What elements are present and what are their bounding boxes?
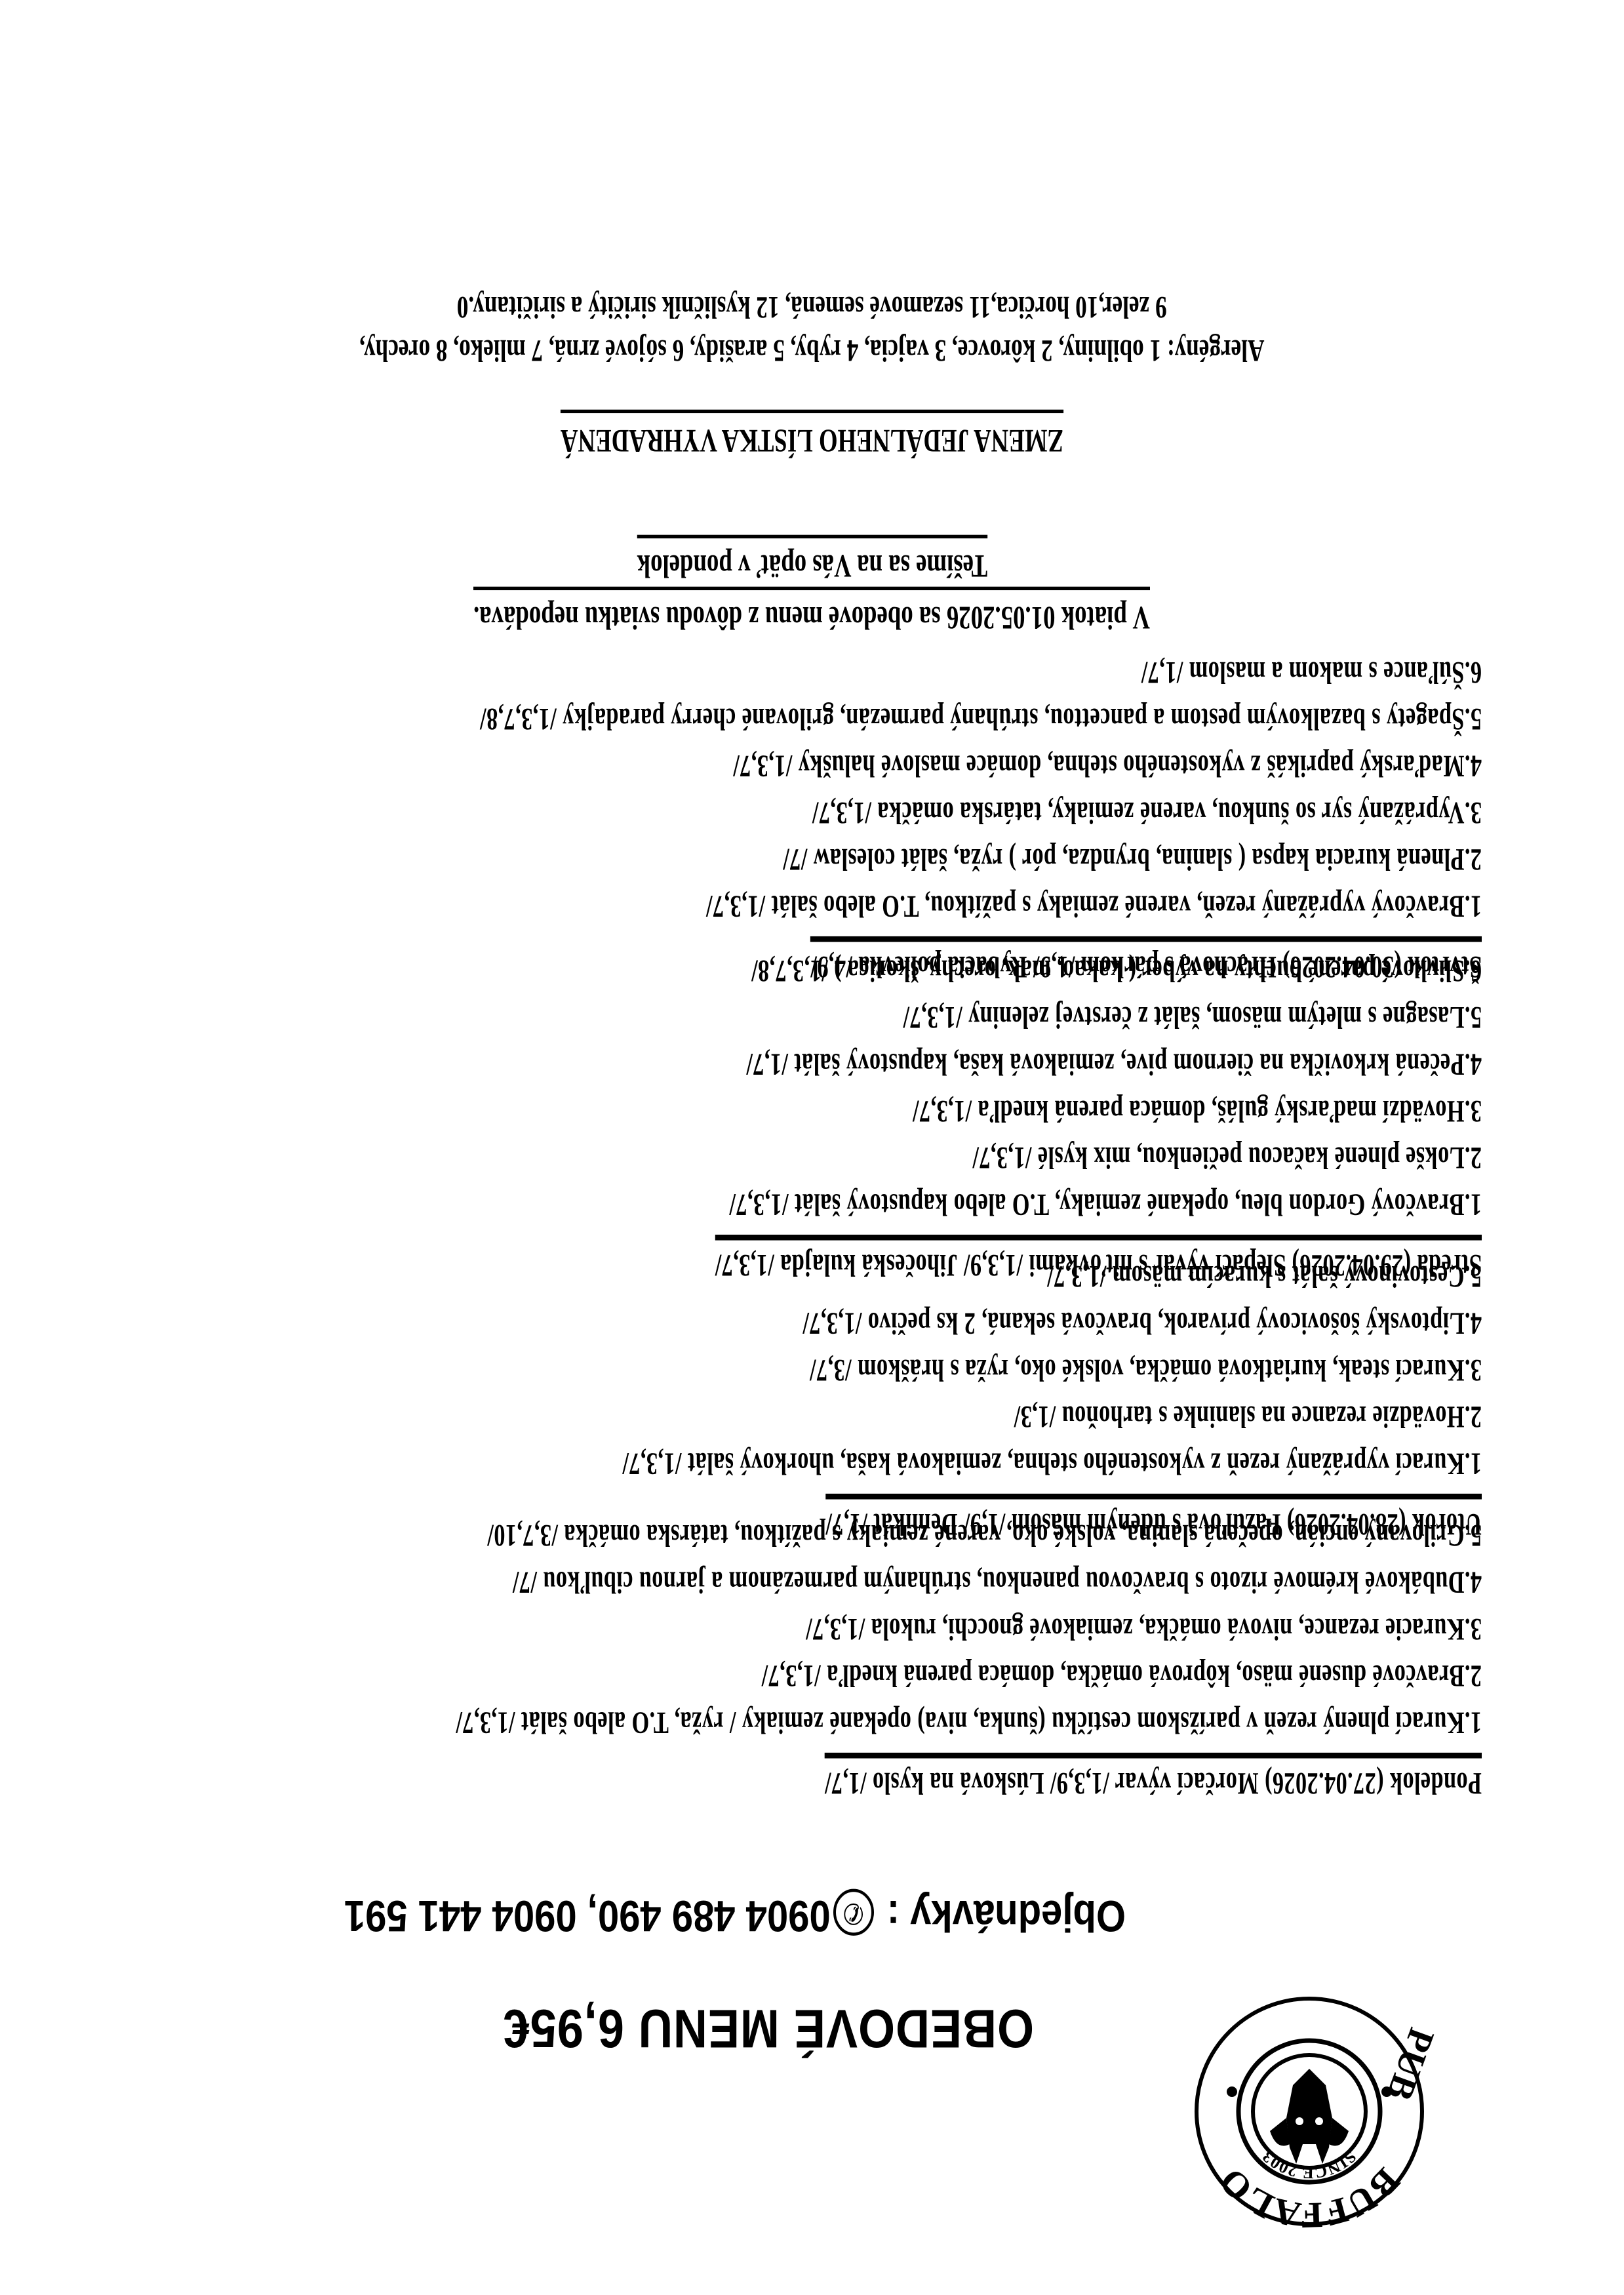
menu-item: 4.Liptovský šošovicový prívarok, bravčov…: [408, 1300, 1482, 1346]
menu-item: 5.Lasagne s mletým mäsom, šalát z čerstv…: [408, 994, 1482, 1041]
menu-item: 3.Kurací steak, kuriatková omáčka, volsk…: [408, 1346, 1482, 1393]
see-you-text: Tešíme sa na Vás opäť v pondelok: [637, 535, 987, 591]
svg-text:SINCE 2003: SINCE 2003: [1259, 2147, 1360, 2182]
buffalo-pub-logo: BUFFALO SINCE 2003 PUB: [1191, 1993, 1427, 2229]
menu-item: 1.Kurací vyprážaný rezeň z vykosteného s…: [408, 1440, 1482, 1487]
holiday-notice-text: V piatok 01.05.2026 sa obedové menu z dô…: [474, 587, 1151, 643]
day-header: Pondelok (27.04.2026) Morčací vývar /1,3…: [825, 1753, 1482, 1806]
menu-item: 3.Vyprážaný syr so šunkou, varené zemiak…: [408, 789, 1482, 835]
menu-item: 2.Plnená kuracia kapsa ( slanina, bryndz…: [408, 836, 1482, 883]
menu-change-text: ZMENA JEDÁLNEHO LÍSTKA VYHRADENÁ: [561, 410, 1063, 466]
menu-item: 1.Bravčový vyprážaný rezeň, varené zemia…: [408, 883, 1482, 929]
day-tuesday: Utorok (28.04.2026) Fazuľová s údeným mä…: [408, 1253, 1482, 1547]
menu-item: 4.Maďarský paprikáš z vykosteného stehna…: [408, 742, 1482, 789]
menu-item: 3.Kuracie rezance, nivová omáčka, zemiak…: [408, 1605, 1482, 1652]
menu-change-notice: ZMENA JEDÁLNEHO LÍSTKA VYHRADENÁ: [0, 414, 1624, 466]
phone-numbers: 0904 489 490, 0904 441 591: [344, 1891, 831, 1940]
menu-item: 4.Dubákové krémové rizoto s bravčovou pa…: [408, 1559, 1482, 1605]
menu-item: 6.Šúľance s makom a maslom /1,7/: [408, 649, 1482, 695]
order-label: Objednávky :: [887, 1891, 1126, 1940]
day-header: Štvrtok (30.04.2026) Hrachová s párkom /…: [810, 936, 1482, 990]
menu-page: BUFFALO SINCE 2003 PUB OBEDOVÉ MENU 6,95…: [0, 0, 1624, 2295]
phone-icon: ✆: [833, 1889, 874, 1936]
menu-item: 1.Bravčový Gordon bleu, opekané zemiaky,…: [408, 1181, 1482, 1227]
menu-item: 4.Pečená krkovička na čiernom pive, zemi…: [408, 1041, 1482, 1087]
menu-item: 3.Hovädzí maďarský guláš, domáca parená …: [408, 1087, 1482, 1134]
day-thursday: Štvrtok (30.04.2026) Hrachová s párkom /…: [408, 649, 1482, 990]
menu-item: 2.Lokše plnené kačacou pečienkou, mix ky…: [408, 1134, 1482, 1181]
allergens-legend: Alergény: 1 obilniny, 2 kôrovce, 3 vajci…: [0, 287, 1624, 374]
day-header: Streda (29.04.2026) Slepačí vývar s niťo…: [715, 1235, 1482, 1288]
day-header: Utorok (28.04.2026) Fazuľová s údeným mä…: [825, 1494, 1482, 1547]
menu-item: 1.Kurací plnený rezeň v parížskom cestíč…: [408, 1699, 1482, 1746]
order-contact: Objednávky : ✆0904 489 490, 0904 441 591: [344, 1889, 1126, 1941]
menu-item: 5.Špagety s bazalkovým pestom a pancetto…: [408, 696, 1482, 742]
day-wednesday: Streda (29.04.2026) Slepačí vývar s niťo…: [408, 947, 1482, 1288]
menu-item: 2.Hovädzie rezance na slaninke s tarhoňo…: [408, 1393, 1482, 1440]
buffalo-head-icon: BUFFALO SINCE 2003: [1191, 1993, 1427, 2229]
day-monday: Pondelok (27.04.2026) Morčací vývar /1,3…: [408, 1512, 1482, 1806]
holiday-notice: V piatok 01.05.2026 sa obedové menu z dô…: [0, 539, 1624, 643]
page-title: OBEDOVÉ MENU 6,95€: [503, 1997, 1034, 2059]
menu-item: 2.Bravčové dusené mäso, kôprová omáčka, …: [408, 1652, 1482, 1699]
allergens-line-2: 9 zeler,10 horčica,11 sezamové semená, 1…: [457, 284, 1167, 330]
allergens-line-1: Alergény: 1 obilniny, 2 kôrovce, 3 vajci…: [359, 327, 1264, 374]
